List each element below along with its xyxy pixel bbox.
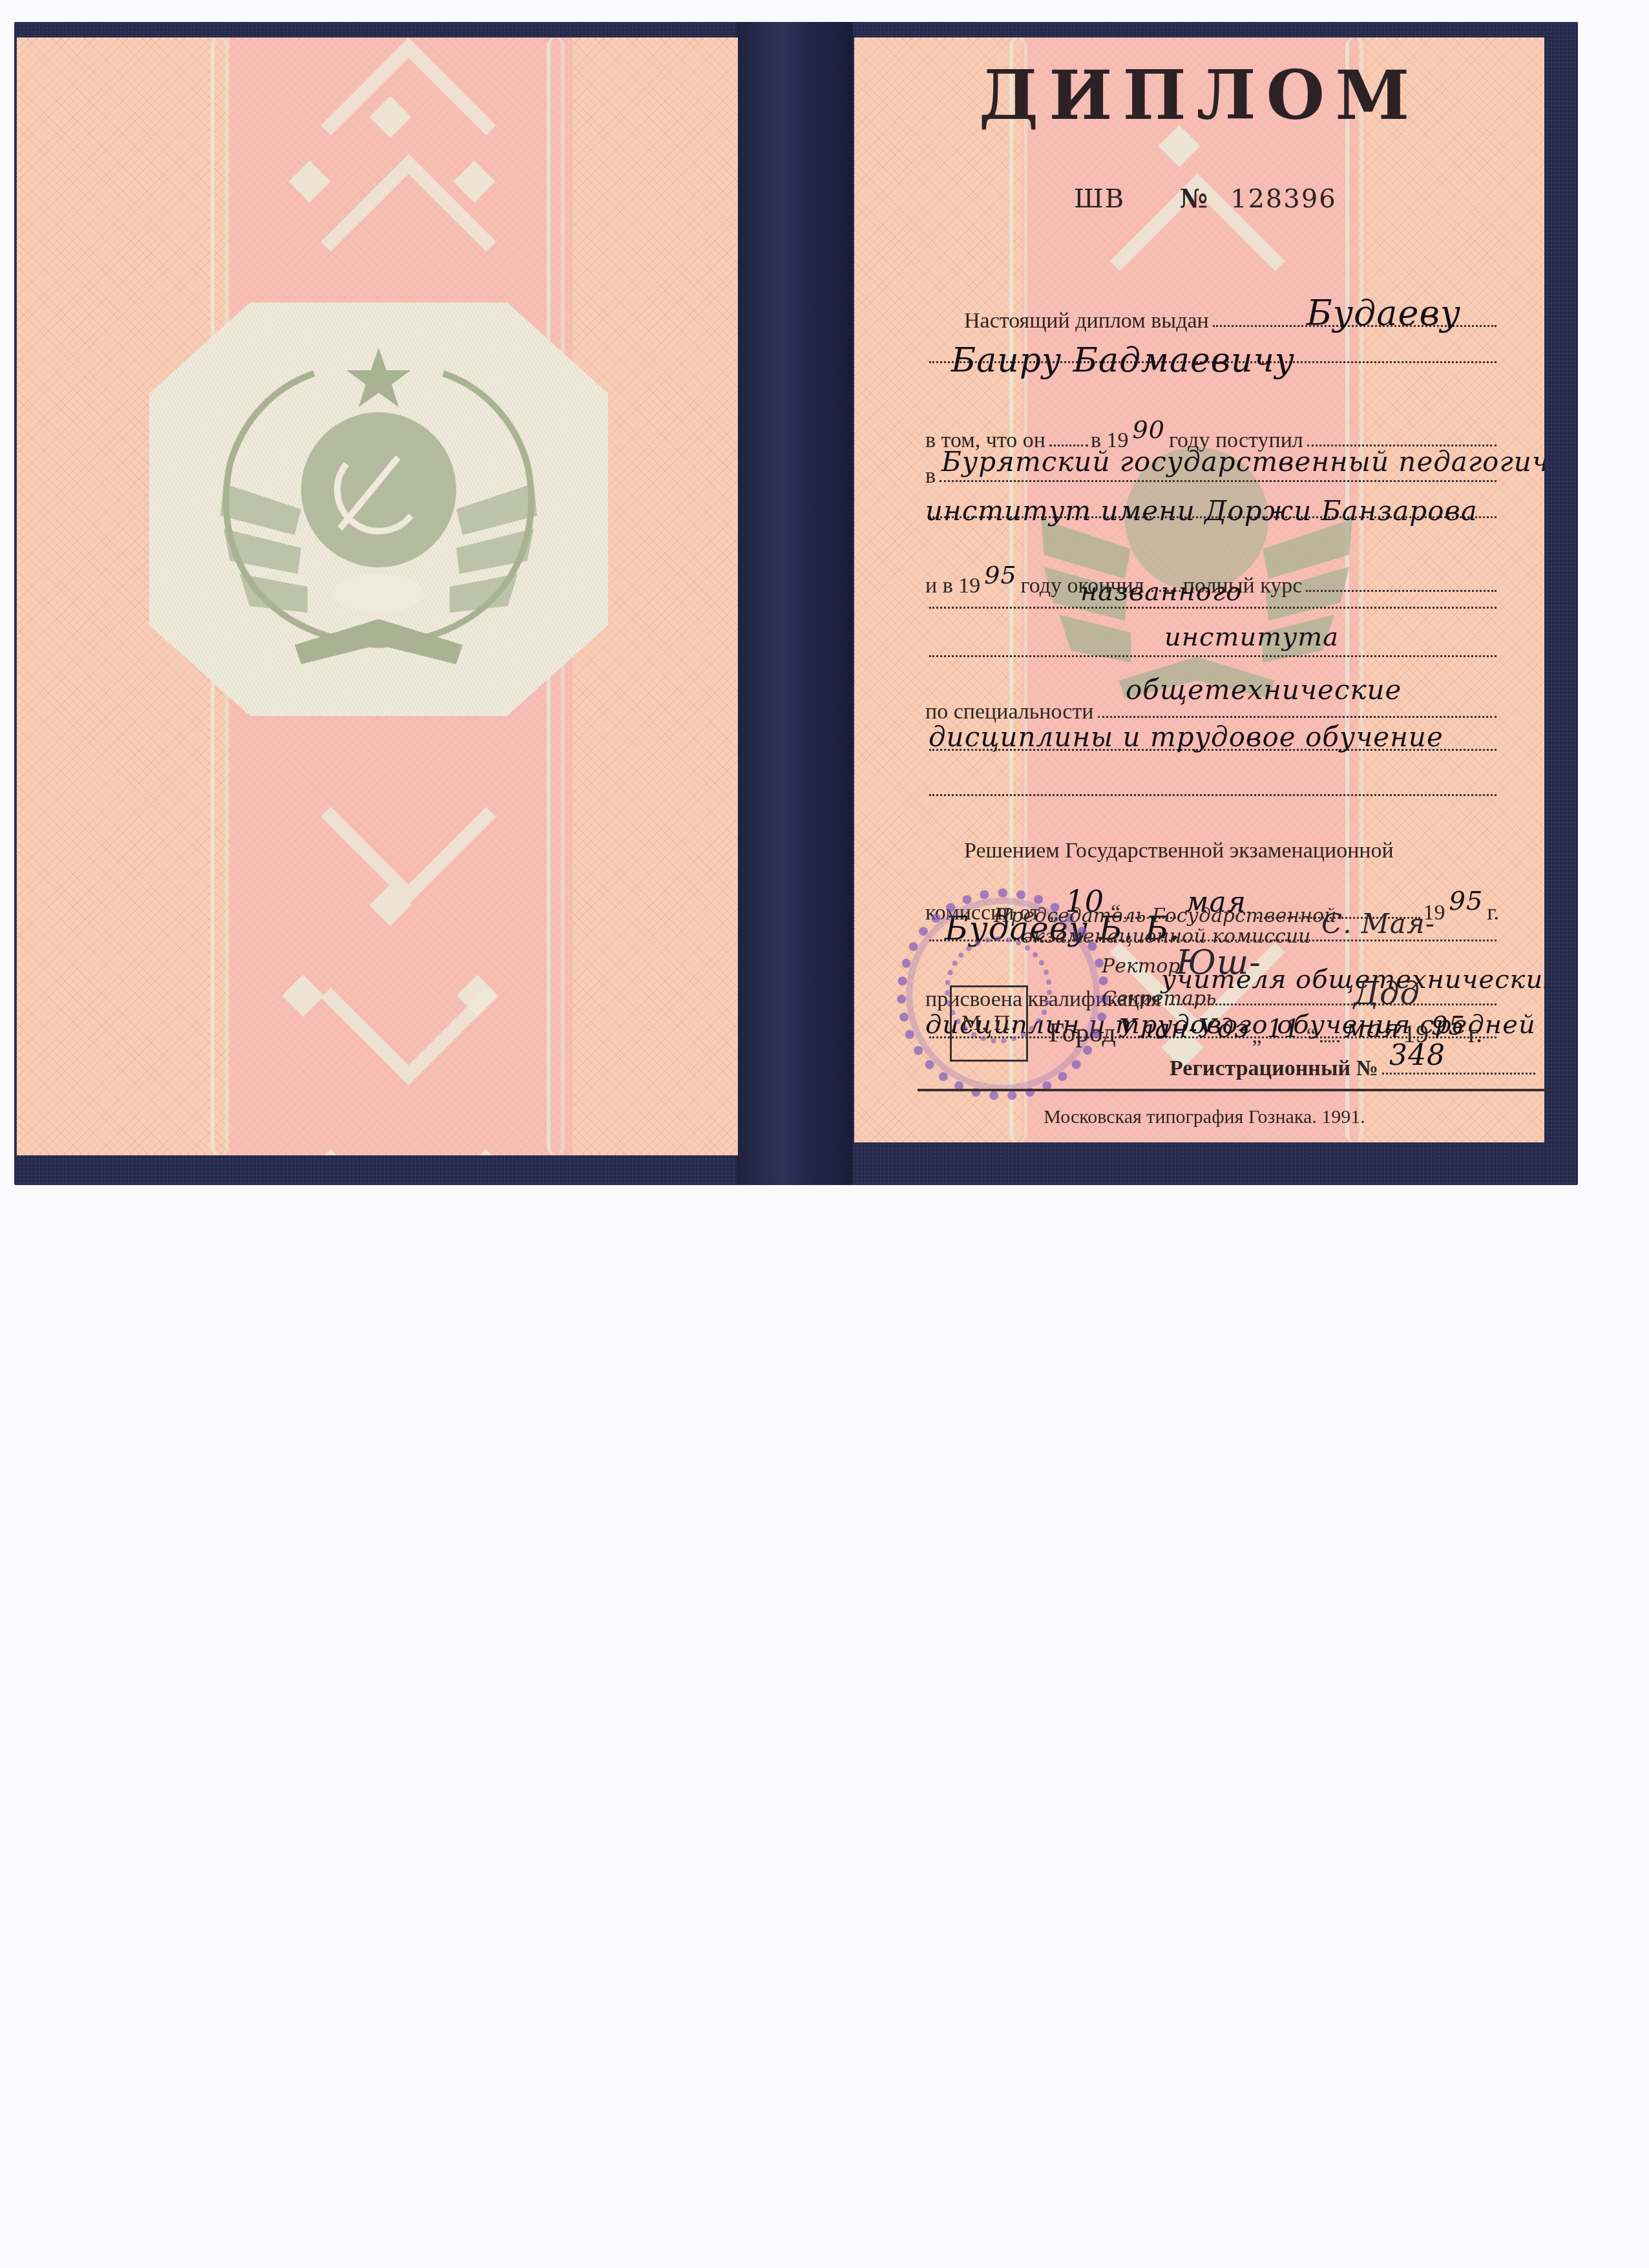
course-line-2 xyxy=(925,655,1499,664)
diploma-title: ДИПЛОМ xyxy=(854,56,1544,135)
secretary-label: Секретарь xyxy=(1102,987,1216,1010)
year-suffix: г. xyxy=(1468,1018,1482,1049)
year-suffix: г. xyxy=(1487,901,1499,925)
registration-line: Регистрационный № xyxy=(1170,1056,1538,1081)
issued-to-label: Настоящий диплом выдан xyxy=(964,309,1209,333)
blank-line xyxy=(925,793,1499,803)
course-name-2: института xyxy=(1164,622,1339,652)
course-line-1 xyxy=(925,606,1499,615)
registration-label: Регистрационный № xyxy=(1170,1056,1378,1081)
decision-line: Решением Государственной экзаменационной xyxy=(964,839,1499,863)
fill-line xyxy=(929,793,1497,796)
chairman-signature: С. Мая- xyxy=(1321,908,1435,940)
holder-name-patronymic: Баиру Бадмаевичу xyxy=(951,341,1295,380)
ussr-emblem-icon xyxy=(185,341,572,690)
open-quote: „ xyxy=(1252,1024,1262,1049)
chairman-label-1: Председатель Государственной xyxy=(994,905,1336,927)
rector-signature: Юш- xyxy=(1176,943,1261,982)
fill-line xyxy=(1098,715,1497,718)
institution-prefix: в xyxy=(925,464,936,488)
printer-imprint: Московская типография Гознака. 1991. xyxy=(859,1106,1549,1128)
specialty-2: дисциплины и трудовое обучение xyxy=(929,721,1444,753)
graduation-year: 95 xyxy=(984,561,1016,589)
issue-year: 95 xyxy=(1431,1011,1465,1041)
decision-text: Решением Государственной экзаменационной xyxy=(964,839,1394,863)
close-quote: “ xyxy=(1307,1024,1316,1049)
fill-line xyxy=(1320,1040,1339,1042)
series: ШВ xyxy=(1074,184,1125,214)
decision-year: 95 xyxy=(1449,887,1483,916)
city-date-line: Город Улан-Удэ „ 11 “ мая 19 95 г. xyxy=(1049,1011,1540,1049)
rector-label: Ректор xyxy=(1102,955,1181,978)
institution-name-1: Бурятский государственный педагогический xyxy=(941,446,1544,478)
left-page xyxy=(17,37,738,1155)
secretary-signature: Ддд xyxy=(1354,976,1420,1012)
chairman-label-2: экзаменационной комиссии xyxy=(1022,925,1310,948)
fill-line xyxy=(1382,1072,1535,1075)
seal-place-box: М. П. xyxy=(950,985,1028,1062)
city: Улан-Удэ xyxy=(1119,1014,1250,1044)
issue-day: 11 xyxy=(1267,1014,1301,1044)
holder-surname: Будаеву xyxy=(1307,293,1461,333)
entry-year: 90 xyxy=(1133,415,1165,444)
fill-line xyxy=(1306,589,1497,592)
course-name-1: названного xyxy=(1080,577,1242,607)
city-label: Город xyxy=(1049,1018,1116,1049)
number-sign: № xyxy=(1180,184,1209,214)
fill-line xyxy=(929,655,1497,657)
diploma-number: 128396 xyxy=(1230,184,1337,214)
registration-number: 348 xyxy=(1389,1039,1445,1072)
graduation-text-a: и в 19 xyxy=(925,574,980,598)
fill-line xyxy=(940,479,1497,482)
specialty-1: общетехнические xyxy=(1126,674,1402,706)
cover-spine xyxy=(737,22,853,1185)
footer-rule xyxy=(918,1089,1551,1091)
diploma-serial: ШВ № 128396 xyxy=(1074,184,1337,214)
institution-name-2: институт имени Доржи Банзарова xyxy=(925,495,1478,527)
